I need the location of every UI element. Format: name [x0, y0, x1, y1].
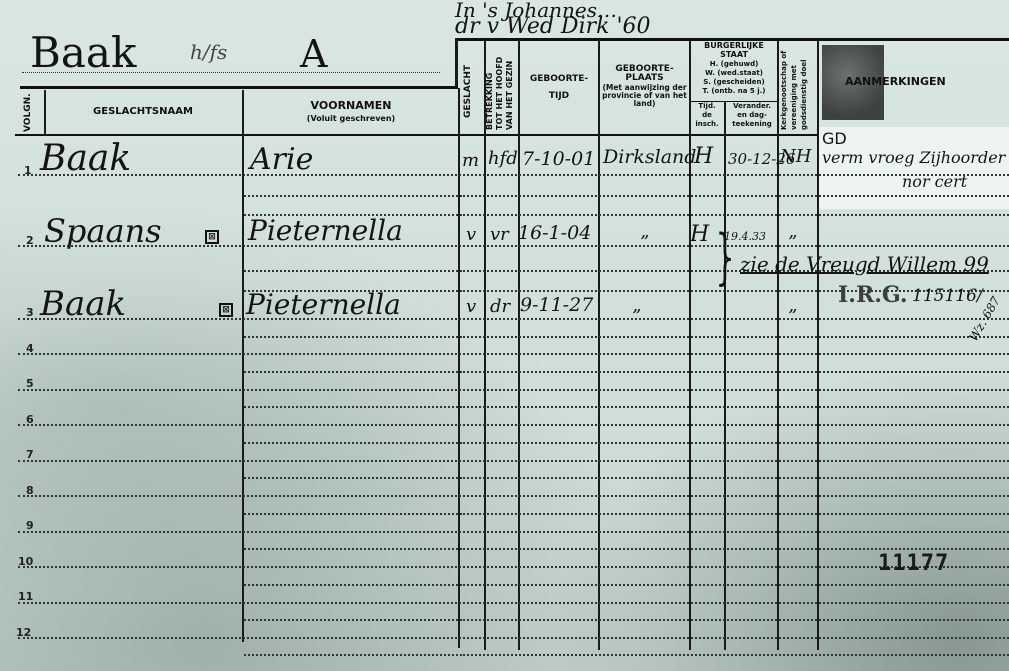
- ruling-line: [460, 195, 1009, 197]
- header-surname: Baak: [30, 28, 136, 77]
- row2-voornamen: Pieternella: [248, 214, 403, 247]
- row1-aanmerkingen-stamp: GD: [822, 129, 847, 148]
- row-number: 6: [26, 413, 34, 426]
- col-divider-geslacht: [484, 40, 486, 650]
- col-betrekking-l3: VAN HET GEZIN: [506, 61, 514, 130]
- family-registration-card: Baak h/fs A In 's Johannes… dr v Wed Dir…: [0, 0, 1009, 671]
- ruling-line: [18, 566, 1009, 568]
- col-voornamen: VOORNAMEN: [244, 100, 458, 112]
- col-geslacht: GESLACHT: [464, 65, 473, 118]
- ruling-line: [460, 548, 1009, 550]
- row-number: 7: [26, 448, 34, 461]
- ruling-line: [244, 548, 458, 550]
- header-initial: A: [300, 32, 327, 76]
- col-divider-betrekking: [518, 40, 520, 650]
- bs-verander-l3: teekening: [726, 121, 778, 128]
- ruling-line: [18, 495, 1009, 497]
- row-number: 4: [26, 342, 34, 355]
- ruling-line: [244, 270, 458, 272]
- bs-verander-l2: en dag-: [726, 112, 778, 119]
- bs-option-h: H. (gehuwd): [690, 61, 778, 68]
- ruling-line: [460, 371, 1009, 373]
- row1-geboorteplaats: Dirksland: [603, 146, 696, 168]
- ruling-line: [460, 406, 1009, 408]
- ruling-line: [460, 442, 1009, 444]
- col-betrekking-l2: TOT HET HOOFD: [496, 57, 504, 130]
- ruling-line: [244, 654, 458, 656]
- ruling-line: [244, 195, 458, 197]
- row3-aanmerkingen-stamp: I.R.G.: [838, 282, 908, 308]
- bs-option-s: S. (gescheiden): [690, 79, 778, 86]
- ruling-line: [18, 637, 1009, 639]
- row-number: 5: [26, 377, 34, 390]
- col-aanmerkingen: AANMERKINGEN: [845, 76, 946, 88]
- row2-cross-mark: ⊠: [205, 230, 219, 244]
- row1-geslachtsnaam: Baak: [40, 138, 131, 179]
- row3-geboorteplaats: ”: [632, 306, 641, 327]
- ruling-line: [244, 584, 458, 586]
- row3-betrekking: dr: [490, 296, 510, 317]
- bs-option-t: T. (ontb. na 5 j.): [690, 88, 778, 95]
- col-geslachtsnaam: GESLACHTSNAAM: [44, 107, 242, 118]
- row2-burgerlijke-staat: H: [690, 222, 709, 247]
- col-voornamen-sub: (Voluit geschreven): [244, 115, 458, 123]
- ruling-line: [460, 654, 1009, 656]
- ruling-line: [460, 214, 1009, 216]
- col-divider-geboortetijd: [598, 40, 600, 650]
- row2-geslachtsnaam: Spaans: [44, 212, 162, 250]
- row2-geboorteplaats: ”: [640, 232, 649, 253]
- ruling-line: [18, 460, 1009, 462]
- ruling-line: [18, 602, 1009, 604]
- col-geboortetijd-l1: GEBOORTE-: [520, 75, 598, 84]
- top-note-line2: dr v Wed Dirk '60: [455, 14, 651, 39]
- col-volgnr: VOLGN.: [24, 93, 33, 132]
- header-top-rule-left: [20, 86, 458, 89]
- row2-geslacht: v: [466, 224, 476, 245]
- row1-aanmerkingen: verm vroeg Zijhoorder: [822, 148, 1005, 167]
- row1-aanmerkingen-l2: nor cert: [902, 172, 967, 191]
- row-number: 10: [18, 555, 33, 568]
- row1-geboortetijd: 7-10-01: [522, 148, 595, 170]
- row-number: 8: [26, 484, 34, 497]
- col-kerkgenootschap-l2: vereeniging met: [791, 65, 798, 130]
- ruling-line: [18, 174, 1009, 176]
- row1-betrekking: hfd: [488, 148, 518, 169]
- row-number: 2: [26, 234, 34, 247]
- bs-tijd-l2: de: [690, 112, 724, 119]
- ruling-line: [18, 245, 1009, 247]
- col-kerkgenootschap-l3: godsdienstig doel: [801, 60, 808, 130]
- header-left-step: [455, 38, 458, 88]
- ruling-line: [460, 513, 1009, 515]
- header-dotted-line: [22, 72, 440, 73]
- ruling-line: [460, 477, 1009, 479]
- row3-aanmerkingen: 115116/: [912, 286, 983, 306]
- row2-geboortetijd: 16-1-04: [518, 222, 591, 244]
- col-divider-geboorteplaats: [689, 40, 691, 650]
- row1-geslacht: m: [462, 150, 479, 171]
- row3-geboortetijd: 9-11-27: [520, 294, 593, 316]
- row3-geslachtsnaam: Baak: [40, 284, 126, 324]
- ruling-line: [244, 371, 458, 373]
- col-divider-burgerlijke: [777, 40, 779, 650]
- row3-cross-mark: ⊠: [219, 303, 233, 317]
- ruling-line: [18, 353, 1009, 355]
- ruling-line: [244, 336, 458, 338]
- ruling-line: [460, 336, 1009, 338]
- bs-option-w: W. (wed.staat): [690, 70, 778, 77]
- row-number: 9: [26, 519, 34, 532]
- col-divider-voornamen: [458, 88, 460, 648]
- row1-voornamen: Arie: [250, 142, 313, 177]
- card-number: 11177: [878, 551, 949, 576]
- col-burgerlijke-staat-l2: STAAT: [690, 51, 778, 59]
- row2-kerkgenootschap: ”: [788, 232, 797, 253]
- col-betrekking-l1: BETREKKING: [486, 73, 494, 130]
- row3-geslacht: v: [466, 296, 476, 317]
- ruling-line: [18, 389, 1009, 391]
- ruling-line: [244, 513, 458, 515]
- col-divider-geslachtsnaam: [242, 90, 244, 642]
- ruling-line: [18, 424, 1009, 426]
- col-kerkgenootschap-l1: Kerkgenootschap of: [781, 51, 788, 130]
- bs-verander-l1: Verander.: [726, 103, 778, 110]
- ruling-line: [244, 406, 458, 408]
- ruling-line: [18, 531, 1009, 533]
- row-number: 11: [18, 590, 33, 603]
- ruling-line: [460, 584, 1009, 586]
- row2-aanmerkingen: zie de Vreugd Willem 99: [740, 252, 989, 276]
- row-number: 12: [16, 626, 31, 639]
- col-geboortetijd-l2: TIJD: [520, 92, 598, 101]
- bs-tijd-l3: insch.: [690, 121, 724, 128]
- row3-kerkgenootschap: ”: [788, 306, 797, 327]
- ruling-line: [244, 619, 458, 621]
- row2-bs-datum: 19.4.33: [724, 230, 766, 243]
- row1-burgerlijke-staat: H: [694, 144, 713, 169]
- row-number: 1: [24, 164, 32, 177]
- row3-voornamen: Pieternella: [246, 288, 401, 321]
- col-divider-kerk: [817, 40, 819, 650]
- row-number: 3: [26, 306, 34, 319]
- ruling-line: [244, 477, 458, 479]
- row2-betrekking: vr: [490, 224, 509, 245]
- col-geboorteplaats-sub: (Met aanwijzing der provincie of van het…: [602, 84, 687, 108]
- bs-tijd-l1: Tijd.: [690, 103, 724, 110]
- ruling-line: [460, 619, 1009, 621]
- header-annotation: h/fs: [190, 40, 227, 64]
- ruling-line: [18, 318, 1009, 320]
- row1-kerkgenootschap: NH: [780, 146, 811, 167]
- ruling-line: [244, 442, 458, 444]
